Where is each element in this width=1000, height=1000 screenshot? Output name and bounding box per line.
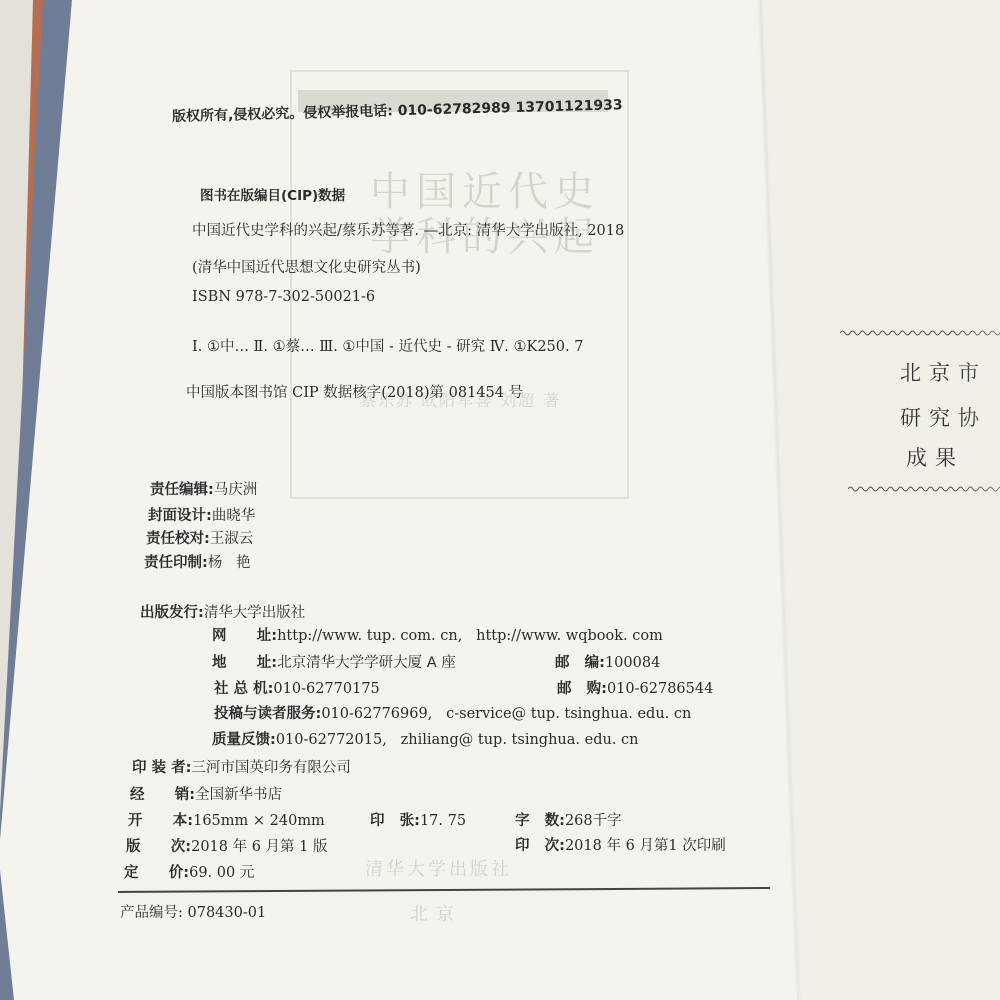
cip-number: 中国版本图书馆 CIP 数据核字(2018)第 081454 号	[186, 384, 523, 402]
website-row: 网 址:http://www. tup. com. cn, http://www…	[212, 627, 663, 645]
distributor-value: 全国新华书店	[195, 787, 282, 803]
sheets-row: 印 张:17. 75	[370, 812, 466, 830]
staff-label: 责任编辑:	[150, 481, 214, 499]
service-label: 投稿与读者服务:	[214, 705, 321, 723]
cip-isbn: ISBN 978-7-302-50021-6	[192, 288, 375, 306]
cip-series-line: (清华中国近代思想文化史研究丛书)	[192, 259, 421, 277]
format-value: 165mm × 240mm	[193, 813, 325, 829]
sheets-value: 17. 75	[420, 813, 466, 829]
printer-row: 印 装 者:三河市国英印务有限公司	[132, 759, 351, 777]
switchboard-row: 社 总 机:010-62770175	[214, 680, 380, 698]
product-code: 产品编号: 078430-01	[120, 904, 266, 922]
price-row: 定 价:69. 00 元	[124, 864, 254, 882]
address-value: 北京清华大学学研大厦 A 座	[277, 655, 456, 671]
service-value: 010-62776969, c-service@ tup. tsinghua. …	[321, 706, 691, 722]
edition-row: 版 次:2018 年 6 月第 1 版	[126, 838, 328, 856]
ghost-city: 北京	[410, 900, 462, 926]
publisher-value: 清华大学出版社	[204, 605, 306, 621]
feedback-label: 质量反馈:	[212, 731, 276, 749]
staff-value: 王淑云	[210, 531, 254, 547]
website-value: http://www. tup. com. cn, http://www. wq…	[277, 628, 663, 644]
printer-label: 印 装 者:	[132, 759, 191, 777]
impression-value: 2018 年 6 月第1 次印刷	[565, 838, 726, 854]
feedback-row: 质量反馈:010-62772015, zhiliang@ tup. tsingh…	[212, 731, 639, 749]
switchboard-label: 社 总 机:	[214, 680, 273, 698]
format-row: 开 本:165mm × 240mm	[128, 812, 325, 830]
edition-label: 版 次:	[126, 838, 191, 856]
words-value: 268千字	[565, 813, 622, 829]
staff-value: 曲晓华	[212, 508, 256, 524]
staff-value: 马庆洲	[214, 482, 258, 498]
distributor-label: 经 销:	[130, 786, 195, 804]
mailorder-value: 010-62786544	[607, 681, 713, 697]
staff-editor: 责任编辑:马庆洲	[150, 481, 257, 499]
price-label: 定 价:	[124, 864, 189, 882]
staff-label: 责任印制:	[144, 554, 208, 572]
impression-row: 印 次:2018 年 6 月第1 次印刷	[515, 837, 726, 855]
printer-value: 三河市国英印务有限公司	[191, 760, 351, 776]
cip-classification: Ⅰ. ①中… Ⅱ. ①蔡… Ⅲ. ①中国 - 近代史 - 研究 Ⅳ. ①K250…	[192, 338, 583, 356]
distributor-row: 经 销:全国新华书店	[130, 786, 282, 804]
postcode-value: 100084	[605, 655, 660, 671]
ghost-publisher: 清华大学出版社	[365, 855, 512, 881]
address-row: 地 址:北京清华大学学研大厦 A 座	[212, 654, 456, 672]
publisher-label: 出版发行:	[140, 604, 204, 622]
mailorder-row: 邮 购:010-62786544	[557, 680, 713, 698]
sheets-label: 印 张:	[370, 812, 420, 830]
price-value: 69. 00 元	[189, 865, 254, 881]
postcode-label: 邮 编:	[555, 654, 605, 672]
website-label: 网 址:	[212, 627, 277, 645]
right-edge-shade	[955, 0, 1000, 1000]
cip-heading: 图书在版编目(CIP)数据	[200, 187, 345, 205]
staff-label: 责任校对:	[146, 530, 210, 548]
service-row: 投稿与读者服务:010-62776969, c-service@ tup. ts…	[214, 705, 691, 723]
format-label: 开 本:	[128, 812, 193, 830]
words-label: 字 数:	[515, 812, 565, 830]
ghost-frame	[290, 70, 629, 499]
staff-value: 杨 艳	[208, 555, 251, 571]
impression-label: 印 次:	[515, 837, 565, 855]
feedback-value: 010-62772015, zhiliang@ tup. tsinghua. e…	[276, 732, 639, 748]
publisher-row: 出版发行:清华大学出版社	[140, 604, 305, 622]
staff-label: 封面设计:	[148, 507, 212, 525]
switchboard-value: 010-62770175	[273, 681, 379, 697]
words-row: 字 数:268千字	[515, 812, 622, 830]
edition-value: 2018 年 6 月第 1 版	[191, 839, 327, 855]
staff-printing: 责任印制:杨 艳	[144, 554, 251, 572]
address-label: 地 址:	[212, 654, 277, 672]
cip-title-line: 中国近代史学科的兴起/蔡乐苏等著. —北京: 清华大学出版社, 2018	[192, 222, 624, 240]
mailorder-label: 邮 购:	[557, 680, 607, 698]
postcode-row: 邮 编:100084	[555, 654, 660, 672]
staff-cover-design: 封面设计:曲晓华	[148, 507, 255, 525]
staff-proofreader: 责任校对:王淑云	[146, 530, 253, 548]
